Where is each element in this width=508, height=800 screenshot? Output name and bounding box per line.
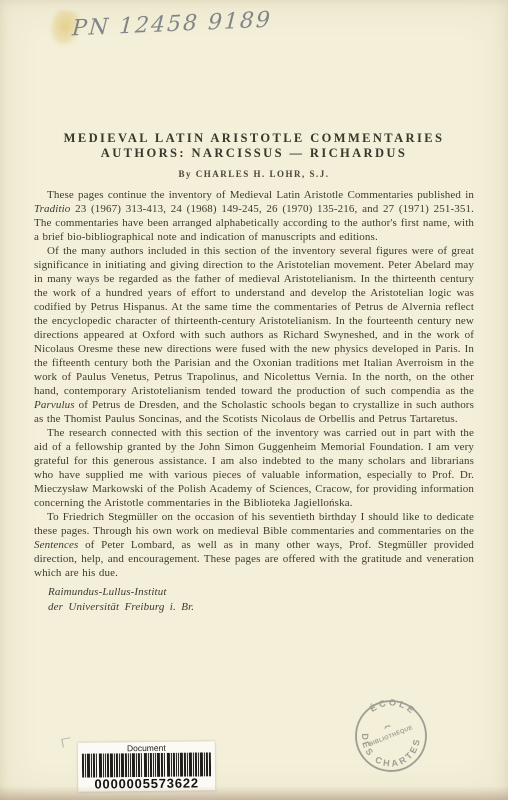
barcode-label: Document: [78, 741, 216, 791]
signature-institute: Raimundus-Lullus-Institut: [48, 585, 474, 600]
signature-block: Raimundus-Lullus-Institut der Universitä…: [34, 585, 474, 614]
article-byline: By CHARLES H. LOHR, S.J.: [34, 169, 474, 179]
library-stamp: ÉCOLE DES CHARTES BIBLIOTHÈQUE: [350, 695, 431, 776]
paragraph-1-text-cont: 23 (1967) 313-413, 24 (1968) 149-245, 26…: [34, 203, 474, 243]
paragraph-2-italic-title: Parvulus: [34, 399, 75, 411]
article-title-line2: AUTHORS: NARCISSUS — RICHARDUS: [34, 146, 474, 161]
paragraph-4-italic-title: Sentences: [34, 539, 78, 551]
article-header: MEDIEVAL LATIN ARISTOTLE COMMENTARIES AU…: [34, 131, 474, 179]
paragraph-4-text-cont: of Peter Lombard, as well as in many oth…: [34, 539, 474, 579]
scanned-document-page: PN 12458 9189 MEDIEVAL LATIN ARISTOTLE C…: [0, 0, 508, 800]
signature-university: der Universität Freiburg i. Br.: [48, 600, 474, 615]
article-body: These pages continue the inventory of Me…: [34, 188, 474, 614]
stamp-center-text: BIBLIOTHÈQUE: [368, 723, 414, 748]
page-bottom-shadow: [0, 786, 508, 800]
stamp-arc-top-text: ÉCOLE: [367, 696, 418, 717]
paragraph-2: Of the many authors included in this sec…: [34, 244, 474, 426]
paragraph-2-text: Of the many authors included in this sec…: [34, 245, 474, 397]
paragraph-3: The research connected with this section…: [34, 426, 474, 510]
paragraph-2-text-cont: of Petrus de Dresden, and the Scholastic…: [34, 399, 474, 425]
stamp-ornament: [384, 725, 390, 729]
paragraph-1-italic-title: Traditio: [34, 203, 70, 215]
paragraph-1-text: These pages continue the inventory of Me…: [47, 189, 474, 201]
article-title-line1: MEDIEVAL LATIN ARISTOTLE COMMENTARIES: [34, 131, 474, 146]
paragraph-4: To Friedrich Stegmüller on the occasion …: [34, 510, 474, 580]
barcode-icon: [82, 752, 211, 777]
paragraph-1: These pages continue the inventory of Me…: [34, 188, 474, 244]
paragraph-4-text: To Friedrich Stegmüller on the occasion …: [34, 511, 474, 537]
pencil-mark: [61, 737, 71, 747]
handwritten-call-number: PN 12458 9189: [71, 8, 272, 42]
